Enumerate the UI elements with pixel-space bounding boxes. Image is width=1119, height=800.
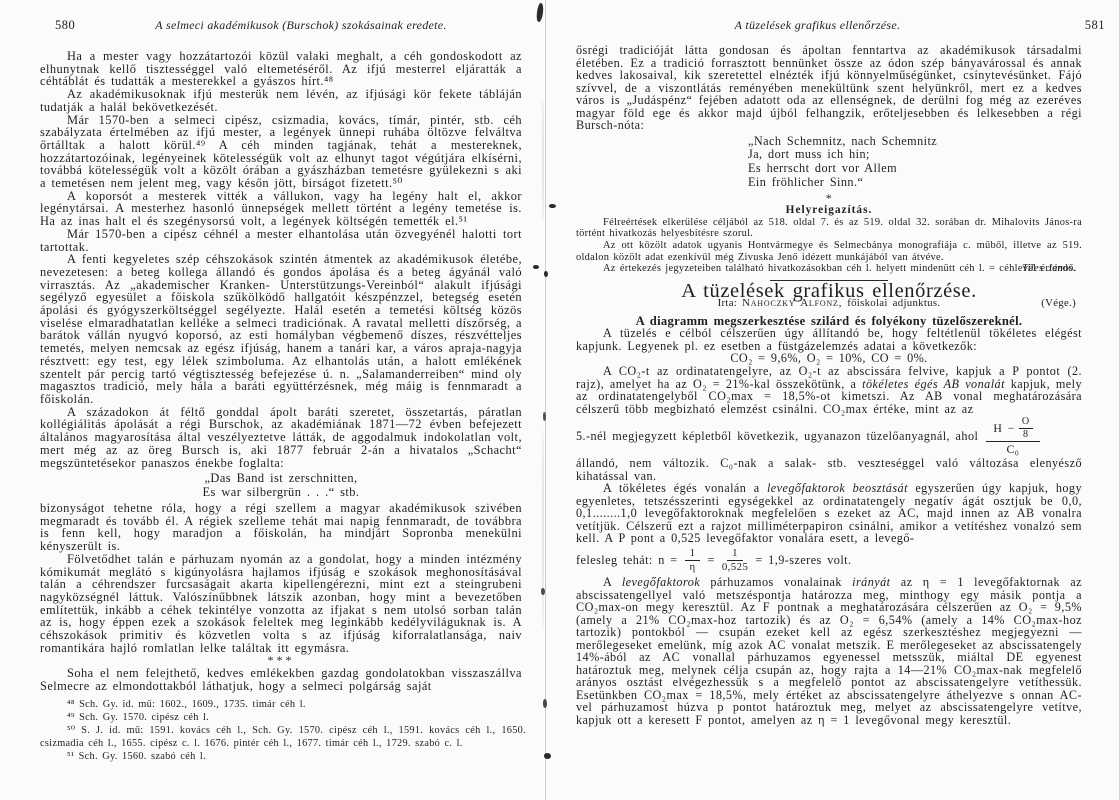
asterisk-separator: * xyxy=(576,192,1082,204)
scan-speck xyxy=(543,412,546,421)
left-running-title: A selmeci akadémikusok (Burschok) szokás… xyxy=(0,18,542,33)
left-page-number: 580 xyxy=(55,18,75,33)
right-running-title: A tüzelések grafikus ellenőrzése. xyxy=(556,18,1119,33)
verse-line: Es herrscht dort vor Allem xyxy=(748,162,1082,176)
verse-line: Ja, dort muss ich hin; xyxy=(748,148,1082,162)
correction-paragraph: Az ott közölt adatok ugyanis Hontvármegy… xyxy=(576,240,1082,263)
correction-paragraph: Az értekezés jegyzeteiben található hiva… xyxy=(576,263,1082,275)
left-running-header: 580 A selmeci akadémikusok (Burschok) sz… xyxy=(0,18,542,34)
paragraph: A tökéletes égés vonalán a levegőfaktoro… xyxy=(576,482,1082,545)
article-title: A tüzelések grafikus ellenőrzése. xyxy=(576,285,1082,298)
nested-denominator: 8 xyxy=(1023,429,1028,440)
byline-prefix: Irta: xyxy=(718,297,737,309)
fraction-denominator: 0,525 xyxy=(722,561,749,573)
verse-line: Ein fröhlicher Sinn.“ xyxy=(748,176,1082,190)
fraction: 1 η xyxy=(685,548,701,573)
correction-notice: Félreértések elkerülése céljából az 518.… xyxy=(576,217,1082,275)
footnote: ⁵⁰ S. J. id. mű: 1591. kovács céh l., Sc… xyxy=(40,725,526,751)
paragraph: bizonyságot tehetne róla, hogy a régi sz… xyxy=(40,502,522,553)
fraction: H − O 8 C₀ xyxy=(986,417,1039,455)
nested-numerator: O xyxy=(1019,417,1033,429)
verse-line: „Nach Schemnitz, nach Schemnitz xyxy=(748,135,1082,149)
paragraph: A fenti kegyeletes szép céhszokások szin… xyxy=(40,253,522,405)
page-fold-line xyxy=(545,0,546,800)
numerator-term: H − xyxy=(993,422,1014,434)
author-name: Nahoczky Alfonz, xyxy=(742,297,842,309)
paragraph: Már 1570-ben a cipész céhnél a mester el… xyxy=(40,228,522,253)
scan-speck xyxy=(533,265,539,269)
fraction-denominator: C₀ xyxy=(1006,442,1019,455)
paragraph: állandó, nem változik. C₀-nak a salak- s… xyxy=(576,457,1082,482)
paragraph: Soha el nem felejthető, kedves emlékekbe… xyxy=(40,667,522,692)
correction-heading: Helyreigazítás. xyxy=(576,204,1082,217)
paragraph-segment: az η = 1 levegőfaktornak az abscissateng… xyxy=(576,575,1082,727)
paragraph: Fölvetődhet talán e párhuzam nyomán az a… xyxy=(40,553,522,655)
footnotes: ⁴⁸ Sch. Gy. id. mű: 1602., 1609., 1735. … xyxy=(40,699,526,764)
author-affiliation: főiskolai adjunktus. xyxy=(847,297,940,309)
series-end-note: (Vége.) xyxy=(1041,297,1076,310)
scan-speck xyxy=(544,271,548,277)
paragraph: Az akadémikusoknak ifjú mesterük nem lév… xyxy=(40,88,522,113)
right-page: A tüzelések grafikus ellenőrzése. 581 ős… xyxy=(556,0,1119,800)
formula-result-text: = 1,9-szeres volt. xyxy=(755,554,851,567)
german-verse-quote: „Das Band ist zerschnitten, Es war silbe… xyxy=(40,472,522,499)
scan-speck xyxy=(544,753,551,759)
air-excess-formula: felesleg tehát: n = 1 η = 1 0,525 = 1,9-… xyxy=(576,548,1082,573)
scan-speck xyxy=(549,204,556,208)
paragraph: Ha a mester vagy hozzátartozói közül val… xyxy=(40,50,522,88)
footnote: ⁴⁹ Sch. Gy. 1570. cipész céh l. xyxy=(40,712,526,725)
equals-sign: = xyxy=(707,554,714,567)
bursch-song-quote: „Nach Schemnitz, nach Schemnitz Ja, dort… xyxy=(748,135,1082,189)
scan-speck xyxy=(543,699,547,708)
nested-fraction: O 8 xyxy=(1019,417,1033,439)
article-byline: Irta: Nahoczky Alfonz, főiskolai adjunkt… xyxy=(576,297,1082,310)
fraction-denominator: η xyxy=(690,561,696,573)
right-running-header: A tüzelések grafikus ellenőrzése. 581 xyxy=(556,18,1119,34)
correction-paragraph-with-signature: Az értekezés jegyzeteiben található hiva… xyxy=(576,263,1082,275)
formula-lead-text: 5.-nél megjegyzett képletből következik,… xyxy=(576,430,978,443)
paragraph: A koporsót a mesterek vitték a vállukon,… xyxy=(40,190,522,228)
right-page-number: 581 xyxy=(1085,18,1105,33)
paragraph: A levegőfaktorok párhuzamos vonalainak i… xyxy=(576,576,1082,727)
left-page: 580 A selmeci akadémikusok (Burschok) sz… xyxy=(0,0,542,800)
co2max-formula-line: 5.-nél megjegyzett képletből következik,… xyxy=(576,417,1082,455)
fold-shadow xyxy=(542,430,544,630)
fraction: 1 0,525 xyxy=(722,548,749,573)
paragraph: ősrégi tradicióját látta gondosan és ápo… xyxy=(576,44,1082,132)
fraction-numerator: 1 xyxy=(685,548,701,561)
fraction-numerator: 1 xyxy=(727,548,743,561)
paragraph: Már 1570-ben a selmeci cipész, csizmadia… xyxy=(40,114,522,190)
correction-signature: Tiles János. xyxy=(1022,263,1076,275)
fraction-numerator: H − O 8 xyxy=(986,417,1039,442)
verse-line: „Das Band ist zerschnitten, xyxy=(40,472,522,485)
correction-paragraph: Félreértések elkerülése céljából az 518.… xyxy=(576,217,1082,240)
verse-line: Es war silbergrün . . .“ stb. xyxy=(40,486,522,499)
footnote: ⁵¹ Sch. Gy. 1560. szabó céh l. xyxy=(40,751,526,764)
footnote: ⁴⁸ Sch. Gy. id. mű: 1602., 1609., 1735. … xyxy=(40,699,526,712)
paragraph: A tüzelés e célból célszerűen úgy állíta… xyxy=(576,327,1082,352)
formula-lead-text: felesleg tehát: n = xyxy=(576,554,678,567)
paragraph: A századokon át féltő gonddal ápolt bará… xyxy=(40,406,522,470)
right-page-body: ősrégi tradicióját látta gondosan és ápo… xyxy=(576,44,1082,727)
paragraph: A CO₂-t az ordinatatengelyre, az O₂-t az… xyxy=(576,365,1082,415)
fold-shadow xyxy=(542,100,544,220)
scanned-book-spread: { "left_page": { "page_number": "580", "… xyxy=(0,0,1119,800)
left-page-body: Ha a mester vagy hozzátartozói közül val… xyxy=(40,50,522,693)
